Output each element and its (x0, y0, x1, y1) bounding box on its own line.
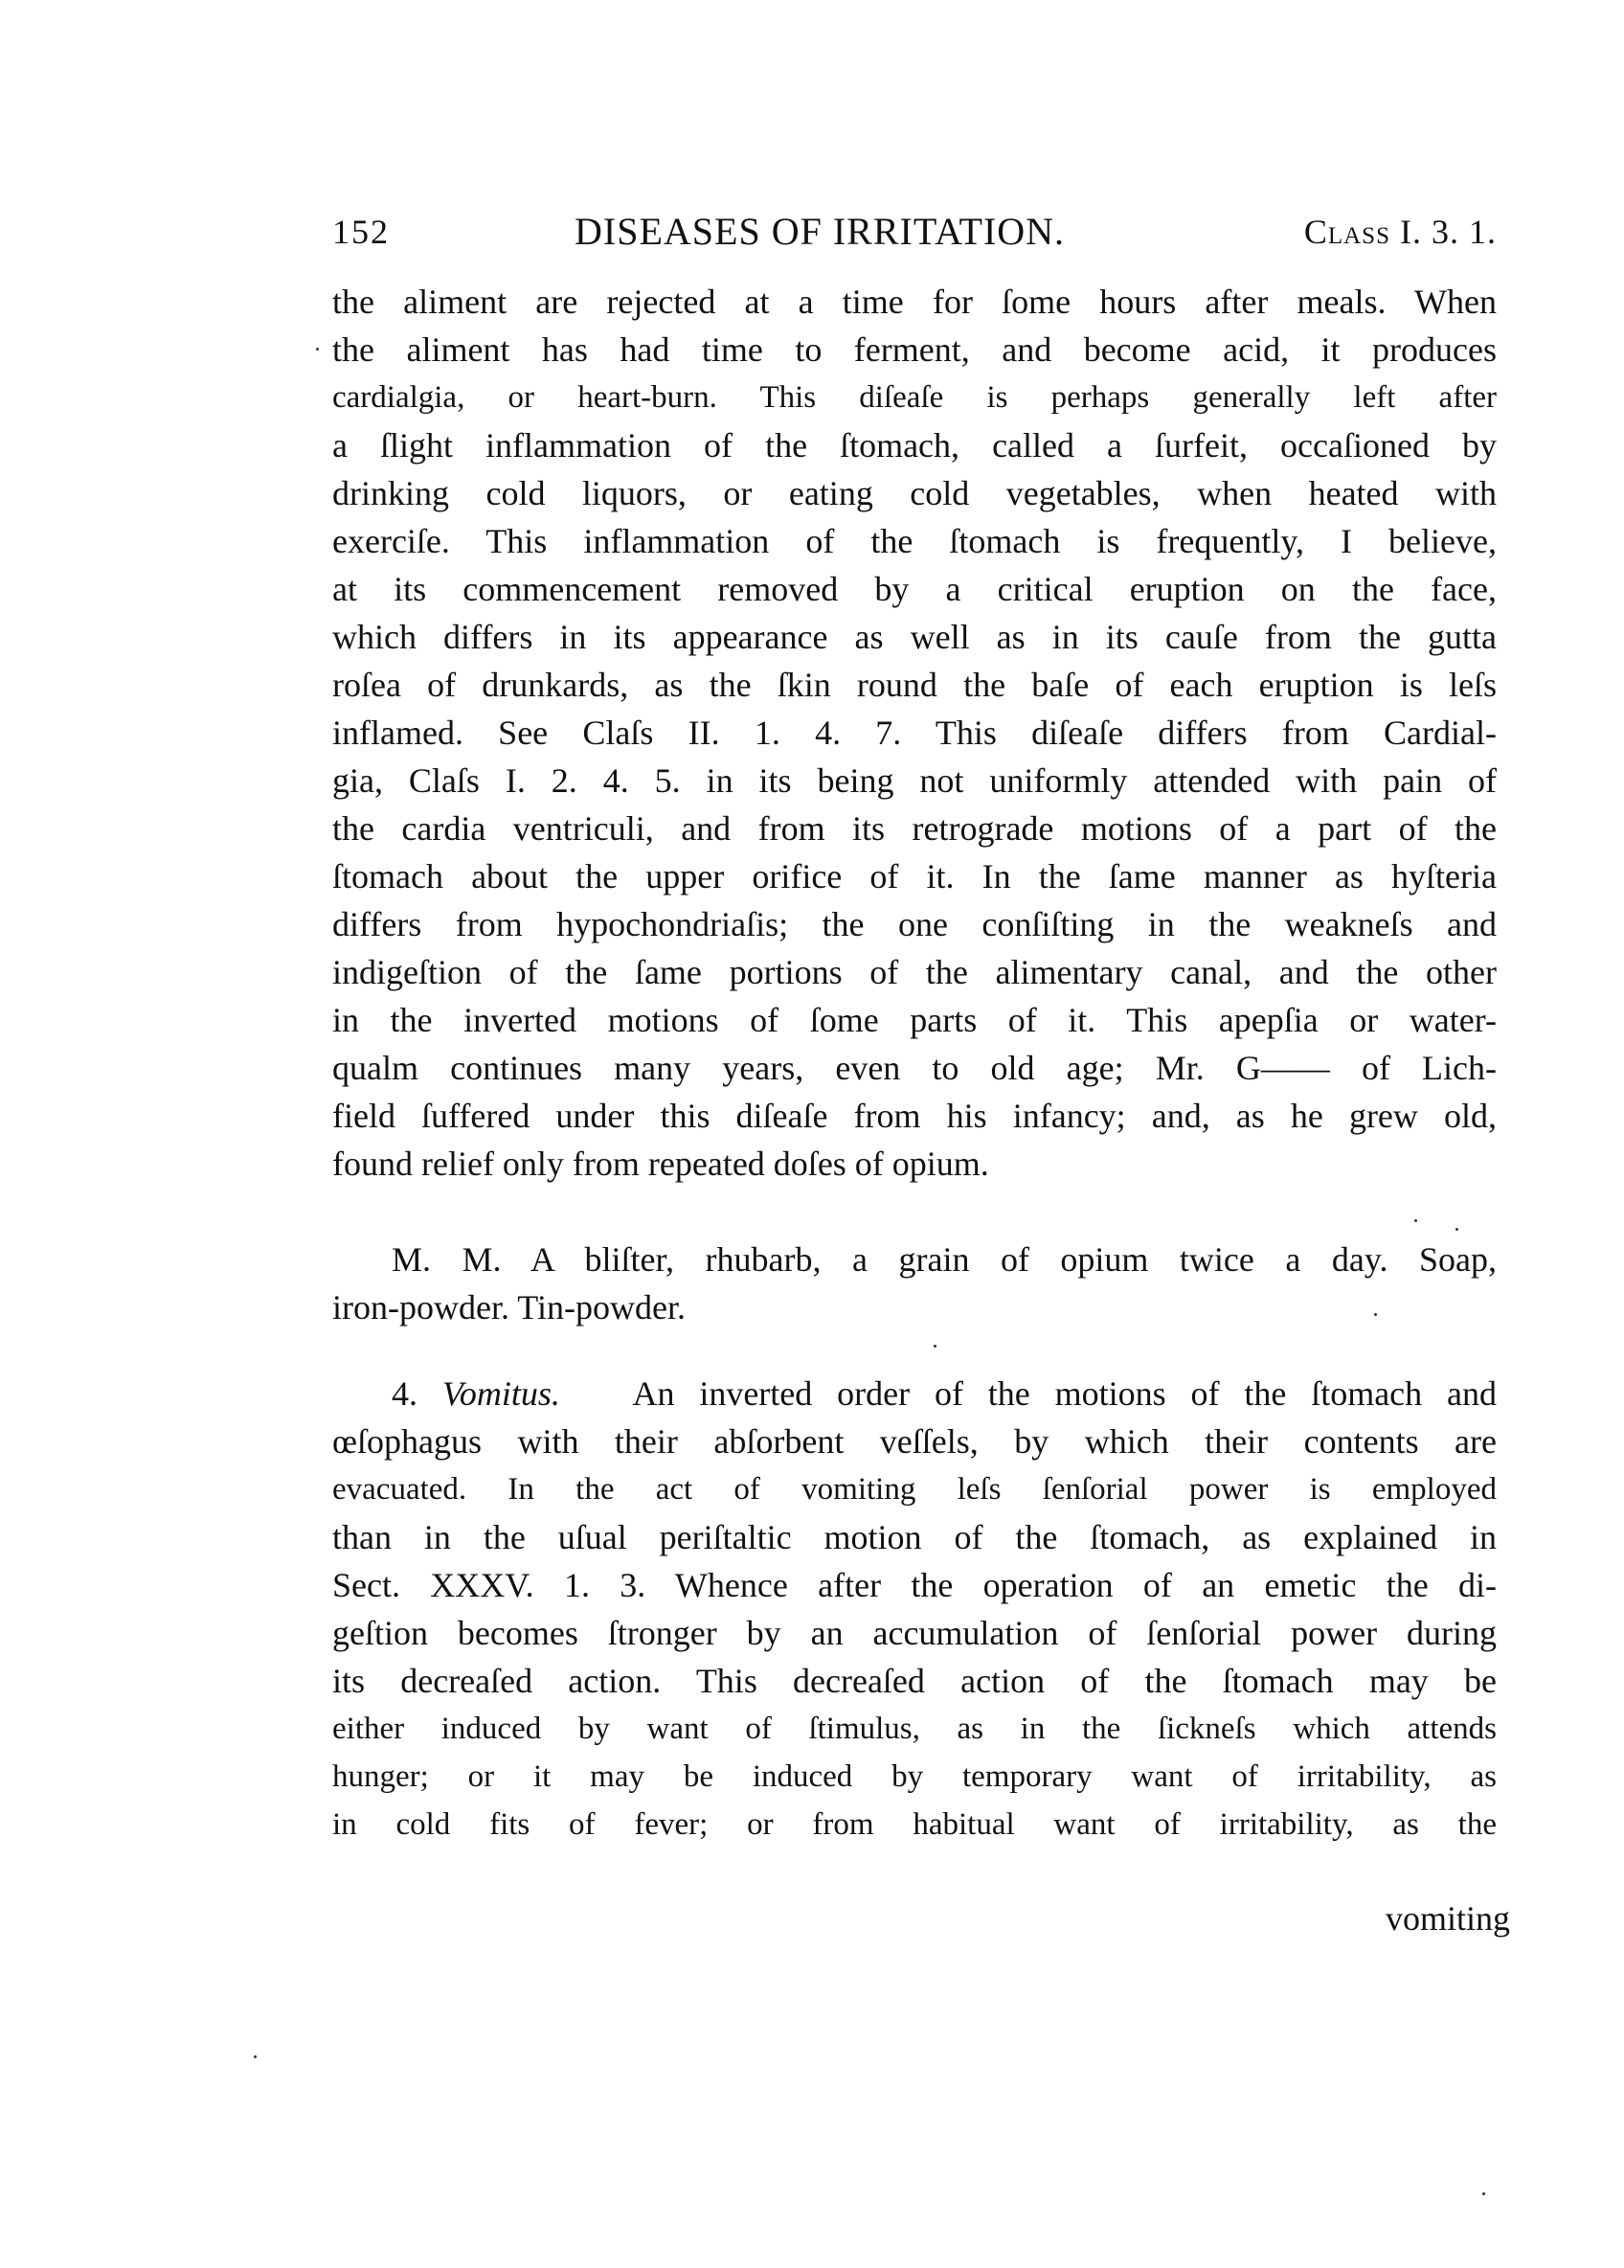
text-line: iron-powder. Tin-powder. (332, 1283, 1497, 1331)
print-speck (316, 348, 319, 351)
text-line: hunger; or it may be induced by temporar… (332, 1753, 1497, 1801)
print-speck (1482, 2192, 1485, 2195)
text-line: in cold fits of fever; or from habitual … (332, 1801, 1497, 1848)
text-line: found relief only from repeated doſes of… (332, 1140, 1497, 1188)
text-line: the cardia ventriculi, and from its retr… (332, 805, 1497, 852)
chapter-title: DISEASES OF IRRITATION. (575, 203, 1065, 261)
text-line: indigeſtion of the ſame portions of the … (332, 948, 1497, 996)
section-number: 4. (392, 1374, 417, 1413)
text-line: qualm continues many years, even to old … (332, 1044, 1497, 1092)
class-reference: Class I. 3. 1. (1304, 203, 1497, 261)
class-label: Class (1304, 213, 1390, 251)
paragraph-vomitus: 4. Vomitus. An inverted order of the mot… (332, 1370, 1497, 1848)
paragraph-apepsia: the aliment are rejected at a time for ſ… (332, 278, 1497, 1188)
text-line: ſtomach about the upper orifice of it. I… (332, 852, 1497, 900)
text-line: differs from hypochondriaſis; the one co… (332, 900, 1497, 948)
catchword: vomiting (1386, 1894, 1510, 1942)
section-first-text: An inverted order of the motions of the … (632, 1374, 1497, 1413)
running-head: 152 DISEASES OF IRRITATION. Class I. 3. … (332, 203, 1497, 261)
text-line: drinking cold liquors, or eating cold ve… (332, 469, 1497, 517)
text-line: a ſlight inflammation of the ſtomach, ca… (332, 421, 1497, 469)
page-number: 152 (332, 203, 390, 261)
text-line: œſophagus with their abſorbent veſſels, … (332, 1417, 1497, 1465)
text-line: inflamed. See Claſs II. 1. 4. 7. This di… (332, 709, 1497, 757)
text-line: roſea of drunkards, as the ſkin round th… (332, 661, 1497, 709)
section-term: Vomitus. (442, 1374, 560, 1413)
text-line: cardialgia, or heart-burn. This diſeaſe … (332, 374, 1497, 421)
print-speck (1374, 1313, 1377, 1316)
text-line: in the inverted motions of ſome parts of… (332, 996, 1497, 1044)
text-line: geſtion becomes ſtronger by an accumulat… (332, 1609, 1497, 1657)
text-line: Sect. XXXV. 1. 3. Whence after the opera… (332, 1561, 1497, 1609)
text-line: gia, Claſs I. 2. 4. 5. in its being not … (332, 757, 1497, 805)
text-line: the aliment has had time to ferment, and… (332, 326, 1497, 374)
text-line: at its commencement removed by a critica… (332, 565, 1497, 613)
text-line: either induced by want of ſtimulus, as i… (332, 1705, 1497, 1753)
text-line: its decreaſed action. This decreaſed act… (332, 1657, 1497, 1705)
text-line: than in the uſual periſtaltic motion of … (332, 1513, 1497, 1561)
print-speck (1414, 1219, 1417, 1222)
text-line: M. M. A bliſter, rhubarb, a grain of opi… (332, 1236, 1497, 1283)
text-line: exerciſe. This inflammation of the ſtoma… (332, 517, 1497, 565)
text-line: which differs in its appearance as well … (332, 613, 1497, 661)
book-page: 152 DISEASES OF IRRITATION. Class I. 3. … (0, 0, 1624, 2268)
print-speck (1455, 1228, 1458, 1231)
class-number: I. 3. 1. (1400, 213, 1497, 251)
text-line: field ſuffered under this diſeaſe from h… (332, 1092, 1497, 1140)
print-speck (934, 1345, 936, 1348)
text-line: the aliment are rejected at a time for ſ… (332, 278, 1497, 326)
section-first-line: 4. Vomitus. An inverted order of the mot… (332, 1370, 1497, 1417)
text-line: evacuated. In the act of vomiting leſs ſ… (332, 1465, 1497, 1513)
print-speck (254, 2055, 257, 2058)
paragraph-materia-medica: M. M. A bliſter, rhubarb, a grain of opi… (332, 1236, 1497, 1331)
